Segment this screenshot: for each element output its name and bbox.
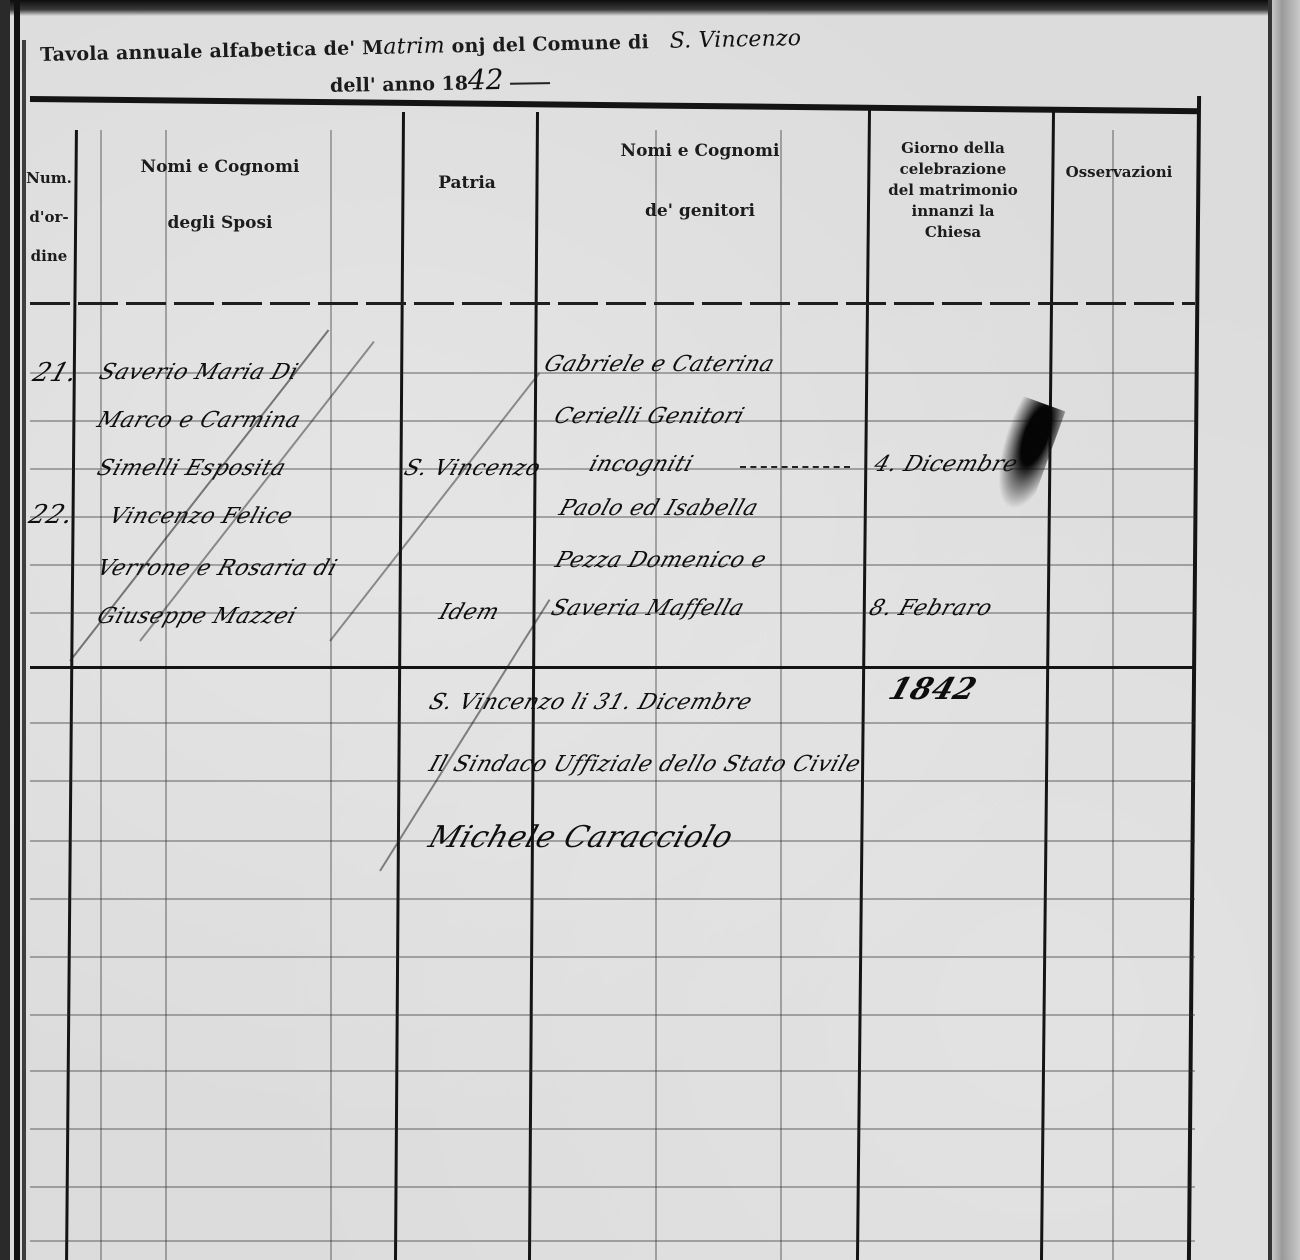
writing-line — [30, 1014, 1195, 1016]
header-num-line: d'or- — [26, 207, 72, 228]
official-title: Il Sindaco Uffiziale dello Stato Civile — [426, 752, 864, 777]
register-year: dell' anno 1842 — [330, 62, 550, 99]
filler-dash — [740, 466, 850, 468]
header-patria-line: Patria — [400, 172, 534, 194]
header-notes-line: Osservazioni — [1044, 162, 1194, 183]
header-date-line: innanzi la — [860, 201, 1046, 222]
title-printed-part-2: onj del Comune di — [451, 31, 649, 57]
guide-col — [780, 130, 782, 1260]
header-parents: Nomi e Cognomi de' genitori — [560, 140, 840, 222]
header-spouses-line: degli Sposi — [100, 212, 340, 234]
header-num: Num. d'or- dine — [26, 168, 72, 267]
writing-line — [30, 1186, 1195, 1188]
spouses-line: Verrone e Rosaria di — [94, 556, 340, 581]
binding-line — [14, 0, 20, 1260]
mayor-signature: Michele Caracciolo — [424, 820, 737, 855]
writing-line — [30, 1240, 1195, 1242]
col-rule-date — [1040, 112, 1055, 1260]
parents-line: Pezza Domenico e — [552, 548, 770, 573]
col-rule-parents — [856, 108, 871, 1260]
title-printed-part-1: Tavola annuale alfabetica de' M — [40, 37, 384, 66]
header-num-line: Num. — [26, 168, 72, 189]
col-rule-notes — [1187, 96, 1201, 1260]
year-printed: dell' anno 18 — [330, 73, 468, 97]
header-bottom-rule — [30, 302, 1195, 305]
writing-line — [30, 780, 1195, 782]
year-handwritten: 42 — [468, 63, 504, 97]
header-spouses-line: Nomi e Cognomi — [100, 156, 340, 178]
guide-col — [1112, 130, 1114, 1260]
table-top-rule — [30, 96, 1200, 114]
register-page: Tavola annuale alfabetica de' Matrim onj… — [0, 0, 1300, 1260]
col-rule-spouses — [394, 112, 405, 1260]
spouses-line: Vincenzo Felice — [106, 504, 296, 529]
guide-col — [330, 130, 332, 1260]
page-right-edge — [1270, 0, 1300, 1260]
header-date-line: Chiesa — [860, 222, 1046, 243]
writing-line — [30, 956, 1195, 958]
marriage-date: 8. Febraro — [866, 596, 996, 621]
header-parents-line: Nomi e Cognomi — [560, 140, 840, 162]
patria-value: Idem — [436, 600, 503, 625]
cancel-stroke — [139, 341, 375, 642]
parents-line: Saveria Maffella — [548, 596, 748, 621]
closing-year: 1842 — [884, 672, 981, 707]
writing-line — [30, 1128, 1195, 1130]
header-parents-line: de' genitori — [560, 200, 840, 222]
writing-line — [30, 722, 1195, 724]
spouses-line: Simelli Esposita — [94, 456, 289, 481]
page-right-line — [1268, 0, 1272, 1260]
parents-line: Cerielli Genitori — [551, 404, 748, 429]
parents-line: incogniti — [586, 452, 697, 477]
header-date-line: celebrazione — [860, 159, 1046, 180]
title-handwritten-part: atrim — [383, 33, 445, 59]
closing-place-date: S. Vincenzo li 31. Dicembre — [426, 690, 755, 715]
row-number: 22. — [25, 500, 78, 530]
guide-col — [100, 130, 102, 1260]
header-notes: Osservazioni — [1044, 162, 1194, 183]
year-dash — [510, 82, 550, 85]
header-date-line: Giorno della — [860, 138, 1046, 159]
comune-name: S. Vincenzo — [669, 26, 801, 54]
header-num-line: dine — [26, 246, 72, 267]
spouses-line: Saverio Maria Di — [96, 360, 302, 385]
page-top-edge — [0, 0, 1300, 16]
header-date-line: del matrimonio — [860, 180, 1046, 201]
header-date: Giorno della celebrazione del matrimonio… — [860, 138, 1046, 243]
header-spouses: Nomi e Cognomi degli Sposi — [100, 156, 340, 234]
cancel-stroke — [329, 372, 540, 641]
guide-col — [165, 130, 167, 1260]
parents-line: Paolo ed Isabella — [556, 496, 762, 521]
writing-line — [30, 1070, 1195, 1072]
writing-line — [30, 898, 1195, 900]
binding-edge — [0, 0, 10, 1260]
register-title: Tavola annuale alfabetica de' Matrim onj… — [40, 26, 802, 67]
spouses-line: Marco e Carmina — [94, 408, 304, 433]
header-patria: Patria — [400, 172, 534, 194]
col-rule-patria — [528, 112, 539, 1260]
spouses-line: Giuseppe Mazzei — [94, 604, 300, 629]
entries-bottom-rule — [30, 666, 1195, 669]
col-rule-num — [65, 130, 78, 1260]
parents-line: Gabriele e Caterina — [541, 352, 778, 377]
